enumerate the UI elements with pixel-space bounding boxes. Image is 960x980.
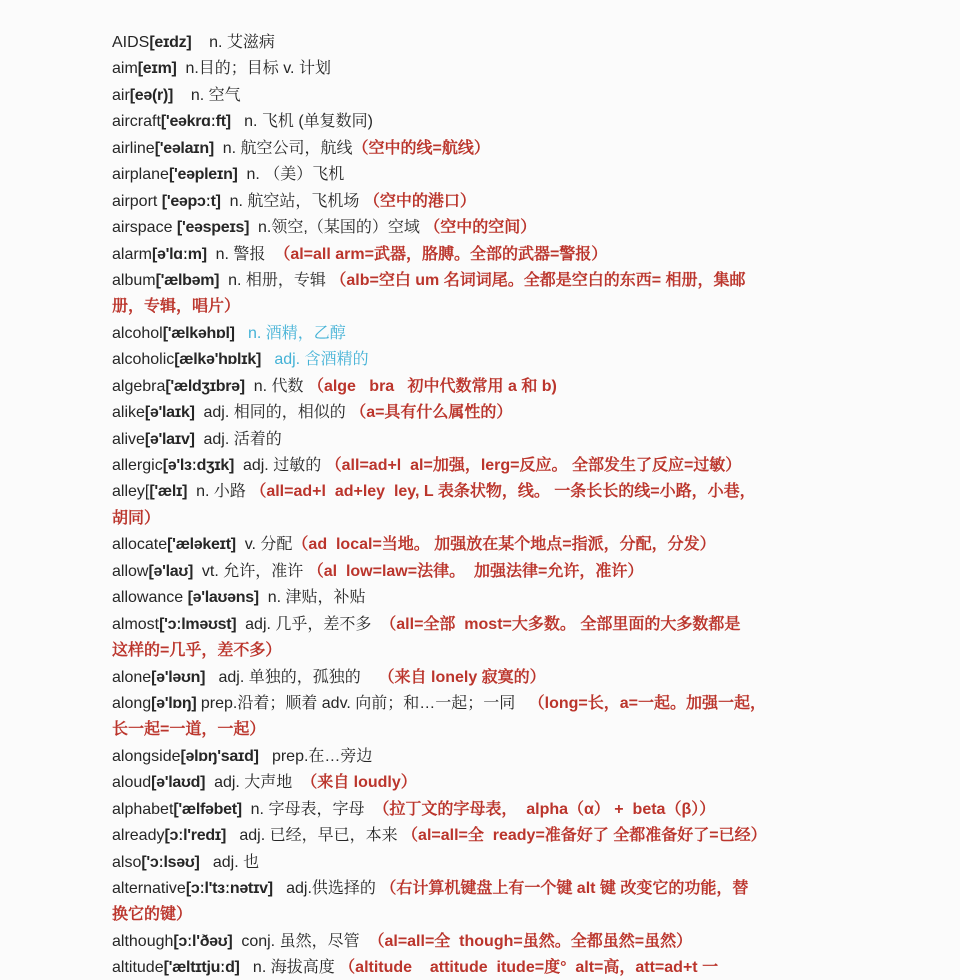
entry-phonetic: [ə'laʊəns] (188, 589, 259, 606)
entry-definition: n. 代数 (245, 378, 308, 395)
entry-definition: conj. 虽然，尽管 (232, 933, 368, 950)
entry-word: also (112, 854, 141, 871)
entry-phonetic: [ɔːl'redɪ] (164, 827, 226, 844)
vocab-line: allow[ə'laʊ] vt. 允许，准许 （al low=law=法律。 加… (112, 559, 932, 585)
entry-word: air (112, 87, 130, 104)
entry-mnemonic: （ad local=当地。 加强放在某个地点=指派，分配，分发） (292, 536, 715, 553)
vocab-line: aircraft['eəkrɑːft] n. 飞机 (单复数同) (112, 109, 932, 135)
vocab-line: allowance [ə'laʊəns] n. 津贴，补贴 (112, 585, 932, 611)
vocab-line: 换它的键） (112, 902, 932, 928)
entry-word: algebra (112, 378, 165, 395)
entry-word: AIDS (112, 34, 149, 51)
entry-definition: n. 航空站，飞机场 (221, 193, 364, 210)
entry-phonetic: [ɔːl'ðəʊ] (173, 933, 232, 950)
entry-phonetic: [əlɒŋ'saɪd] (181, 748, 259, 765)
entry-phonetic: [ə'ləʊn] (151, 669, 205, 686)
entry-word: aloud (112, 774, 151, 791)
vocab-line: 胡同） (112, 506, 932, 532)
entry-word: allergic (112, 457, 163, 474)
entry-mnemonic: （alb=空白 um 名词词尾。全都是空白的东西= 相册，集邮 (330, 272, 745, 289)
vocab-line: alike[ə'laɪk] adj. 相同的，相似的 （a=具有什么属性的） (112, 400, 932, 426)
entry-definition: n. 飞机 (单复数同) (231, 113, 373, 130)
entry-definition: n. 海拔高度 (240, 959, 340, 976)
entry-word: alarm (112, 246, 152, 263)
entry-phonetic: ['æltɪtjuːd] (164, 959, 240, 976)
entry-mnemonic: （altitude attitude itude=度° alt=高，att=ad… (339, 959, 718, 976)
entry-phonetic: ['ælɪ] (149, 483, 187, 500)
entry-definition: adj. 活着的 (195, 431, 282, 448)
vocabulary-page: { "colors": { "page_background": "#fbfbf… (0, 0, 960, 980)
entry-definition: adj. 相同的，相似的 (195, 404, 351, 421)
vocab-line: airport ['eəpɔːt] n. 航空站，飞机场 （空中的港口） (112, 189, 932, 215)
entry-definition: n.领空,（某国的）空域 (249, 219, 424, 236)
entry-definition: adj. 几乎，差不多 (236, 616, 380, 633)
entry-phonetic: [ə'laɪv] (145, 431, 195, 448)
entry-mnemonic: （all=全部 most=大多数。 全部里面的大多数都是 (380, 616, 740, 633)
entry-definition: n.目的；目标 v. 计划 (177, 60, 331, 77)
entry-definition: n. 空气 (173, 87, 241, 104)
entry-word: alone (112, 669, 151, 686)
entry-mnemonic: （拉丁文的字母表， alpha（α） + beta（β）） (373, 801, 715, 818)
entry-mnemonic: 这样的=几乎，差不多） (112, 642, 281, 659)
entry-phonetic: [ə'lɜːdʒɪk] (163, 457, 234, 474)
entry-phonetic: ['ælkəhɒl] (163, 325, 235, 342)
entry-phonetic: ['ældʒɪbrə] (165, 378, 244, 395)
entry-definition: prep.在…旁边 (259, 748, 373, 765)
entry-definition: n. （美）飞机 (238, 166, 345, 183)
entry-word: album (112, 272, 156, 289)
entry-definition: n. 警报 (207, 246, 275, 263)
entry-phonetic: [ə'laʊd] (151, 774, 205, 791)
entry-phonetic: [ə'lɒŋ] (151, 695, 196, 712)
vocab-line: alley[['ælɪ] n. 小路 （all=ad+l ad+ley ley,… (112, 479, 932, 505)
entry-mnemonic: （右计算机键盘上有一个键 alt 键 改变它的功能，替 (380, 880, 748, 897)
entry-phonetic: ['æləkeɪt] (167, 536, 236, 553)
entry-definition: n. 字母表，字母 (242, 801, 374, 818)
entry-word: alley[ (112, 483, 149, 500)
entry-mnemonic: （all=ad+l al=加强，lerg=反应。 全部发生了反应=过敏） (326, 457, 742, 474)
entry-phonetic: ['ɔːlsəʊ] (141, 854, 199, 871)
vocab-line: almost['ɔːlməʊst] adj. 几乎，差不多 （all=全部 mo… (112, 612, 932, 638)
entry-definition: v. 分配 (236, 536, 293, 553)
entry-mnemonic: 胡同） (112, 510, 160, 527)
entry-mnemonic: 长一起=一道，一起） (112, 721, 265, 738)
entry-phonetic: ['eəkrɑːft] (161, 113, 231, 130)
entry-word: almost (112, 616, 159, 633)
entry-definition: n. 艾滋病 (191, 34, 275, 51)
vocab-line: alphabet['ælfəbet] n. 字母表，字母 （拉丁文的字母表， a… (112, 797, 932, 823)
entry-word: alphabet (112, 801, 173, 818)
document-body: AIDS[eɪdz] n. 艾滋病aim[eɪm] n.目的；目标 v. 计划a… (112, 30, 932, 980)
entry-definition: adj. 已经，早已，本来 (226, 827, 402, 844)
vocab-line: 长一起=一道，一起） (112, 717, 932, 743)
entry-mnemonic: （all=ad+l ad+ley ley, L 表条状物，线。 一条长长的线=小… (250, 483, 755, 500)
entry-phonetic: [ə'laɪk] (145, 404, 195, 421)
entry-mnemonic: （空中的港口） (364, 193, 476, 210)
vocab-line: airspace ['eəspeɪs] n.领空,（某国的）空域 （空中的空间） (112, 215, 932, 241)
vocab-line: 册，专辑，唱片） (112, 294, 932, 320)
entry-phonetic: ['ælbəm] (156, 272, 220, 289)
entry-phonetic: ['eəlaɪn] (155, 140, 214, 157)
entry-mnemonic: （a=具有什么属性的） (350, 404, 512, 421)
vocab-line: airplane['eəpleɪn] n. （美）飞机 (112, 162, 932, 188)
entry-word: allocate (112, 536, 167, 553)
entry-word: along (112, 695, 151, 712)
entry-phonetic: [eɪm] (138, 60, 177, 77)
entry-phonetic: ['ælfəbet] (173, 801, 241, 818)
entry-mnemonic: （空中的空间） (424, 219, 536, 236)
entry-definition: adj. 单独的，孤独的 (205, 669, 378, 686)
entry-word: although (112, 933, 173, 950)
entry-mnemonic: （al low=law=法律。 加强法律=允许，准许） (308, 563, 644, 580)
entry-word: already (112, 827, 164, 844)
entry-word: allowance (112, 589, 188, 606)
entry-word: alike (112, 404, 145, 421)
entry-word: alcohol (112, 325, 163, 342)
entry-word: airspace (112, 219, 177, 236)
vocab-line: alive[ə'laɪv] adj. 活着的 (112, 427, 932, 453)
vocab-line: alarm[ə'lɑːm] n. 警报 （al=all arm=武器，胳膊。全部… (112, 242, 932, 268)
entry-definition: adj. 过敏的 (234, 457, 326, 474)
entry-definition: n. 小路 (187, 483, 250, 500)
entry-phonetic: ['eəspeɪs] (177, 219, 249, 236)
vocab-line: airline['eəlaɪn] n. 航空公司，航线（空中的线=航线） (112, 136, 932, 162)
entry-definition: adj. 大声地 (205, 774, 301, 791)
vocab-line: aim[eɪm] n.目的；目标 v. 计划 (112, 56, 932, 82)
entry-definition-highlight: n. 酒精，乙醇 (235, 325, 346, 342)
entry-phonetic: [ælkə'hɒlɪk] (174, 351, 261, 368)
vocab-line: allocate['æləkeɪt] v. 分配（ad local=当地。 加强… (112, 532, 932, 558)
entry-definition: n. 相册，专辑 (219, 272, 330, 289)
entry-phonetic: [ɔːl'tɜːnətɪv] (186, 880, 273, 897)
vocab-line: already[ɔːl'redɪ] adj. 已经，早已，本来 （al=all=… (112, 823, 932, 849)
entry-word: airplane (112, 166, 169, 183)
entry-phonetic: [eɪdz] (149, 34, 191, 51)
entry-phonetic: [ə'laʊ] (148, 563, 193, 580)
vocab-line: album['ælbəm] n. 相册，专辑 （alb=空白 um 名词词尾。全… (112, 268, 932, 294)
entry-definition: adj. 也 (200, 854, 260, 871)
entry-mnemonic: （long=长，a=一起。加强一起， (529, 695, 766, 712)
vocab-line: AIDS[eɪdz] n. 艾滋病 (112, 30, 932, 56)
entry-mnemonic: （空中的线=航线） (353, 140, 490, 157)
entry-word: aim (112, 60, 138, 77)
entry-phonetic: ['ɔːlməʊst] (159, 616, 236, 633)
entry-phonetic: [eə(r)] (130, 87, 173, 104)
vocab-line: although[ɔːl'ðəʊ] conj. 虽然，尽管 （al=all=全 … (112, 929, 932, 955)
entry-definition: vt. 允许，准许 (193, 563, 308, 580)
vocab-line: alternative[ɔːl'tɜːnətɪv] adj.供选择的 （右计算机… (112, 876, 932, 902)
vocab-line: allergic[ə'lɜːdʒɪk] adj. 过敏的 （all=ad+l a… (112, 453, 932, 479)
vocab-line: alone[ə'ləʊn] adj. 单独的，孤独的 （来自 lonely 寂寞… (112, 665, 932, 691)
entry-word: alcoholic (112, 351, 174, 368)
entry-word: airport (112, 193, 162, 210)
entry-definition-highlight: adj. 含酒精的 (261, 351, 369, 368)
entry-definition: n. 津贴，补贴 (259, 589, 366, 606)
entry-phonetic: ['eəpɔːt] (162, 193, 221, 210)
vocab-line: also['ɔːlsəʊ] adj. 也 (112, 850, 932, 876)
entry-mnemonic: 册，专辑，唱片） (112, 298, 240, 315)
entry-definition: n. 航空公司，航线 (214, 140, 353, 157)
entry-mnemonic: （来自 loudly） (301, 774, 417, 791)
vocab-line: algebra['ældʒɪbrə] n. 代数 （alge bra 初中代数常… (112, 374, 932, 400)
entry-mnemonic: （al=all arm=武器，胳膊。全部的武器=警报） (274, 246, 607, 263)
vocab-line: alcoholic[ælkə'hɒlɪk] adj. 含酒精的 (112, 347, 932, 373)
entry-mnemonic: （来自 lonely 寂寞的） (379, 669, 546, 686)
entry-definition: prep.沿着；顺着 adv. 向前；和…一起；一同 (196, 695, 528, 712)
vocab-line: altitude['æltɪtjuːd] n. 海拔高度 （altitude a… (112, 955, 932, 980)
entry-word: aircraft (112, 113, 161, 130)
entry-word: alternative (112, 880, 186, 897)
entry-word: allow (112, 563, 148, 580)
entry-word: airline (112, 140, 155, 157)
vocab-line: aloud[ə'laʊd] adj. 大声地 （来自 loudly） (112, 770, 932, 796)
vocab-line: 这样的=几乎，差不多） (112, 638, 932, 664)
entry-word: altitude (112, 959, 164, 976)
entry-mnemonic: 换它的键） (112, 906, 192, 923)
entry-word: alongside (112, 748, 181, 765)
vocab-line: along[ə'lɒŋ] prep.沿着；顺着 adv. 向前；和…一起；一同 … (112, 691, 932, 717)
vocab-line: alcohol['ælkəhɒl] n. 酒精，乙醇 (112, 321, 932, 347)
entry-mnemonic: （alge bra 初中代数常用 a 和 b) (308, 378, 557, 395)
entry-word: alive (112, 431, 145, 448)
entry-phonetic: [ə'lɑːm] (152, 246, 207, 263)
entry-definition: adj.供选择的 (273, 880, 381, 897)
entry-mnemonic: （al=all=全 ready=准备好了 全都准备好了=已经） (402, 827, 767, 844)
entry-phonetic: ['eəpleɪn] (169, 166, 238, 183)
entry-mnemonic: （al=all=全 though=虽然。全都虽然=虽然） (368, 933, 692, 950)
vocab-line: air[eə(r)] n. 空气 (112, 83, 932, 109)
vocab-line: alongside[əlɒŋ'saɪd] prep.在…旁边 (112, 744, 932, 770)
